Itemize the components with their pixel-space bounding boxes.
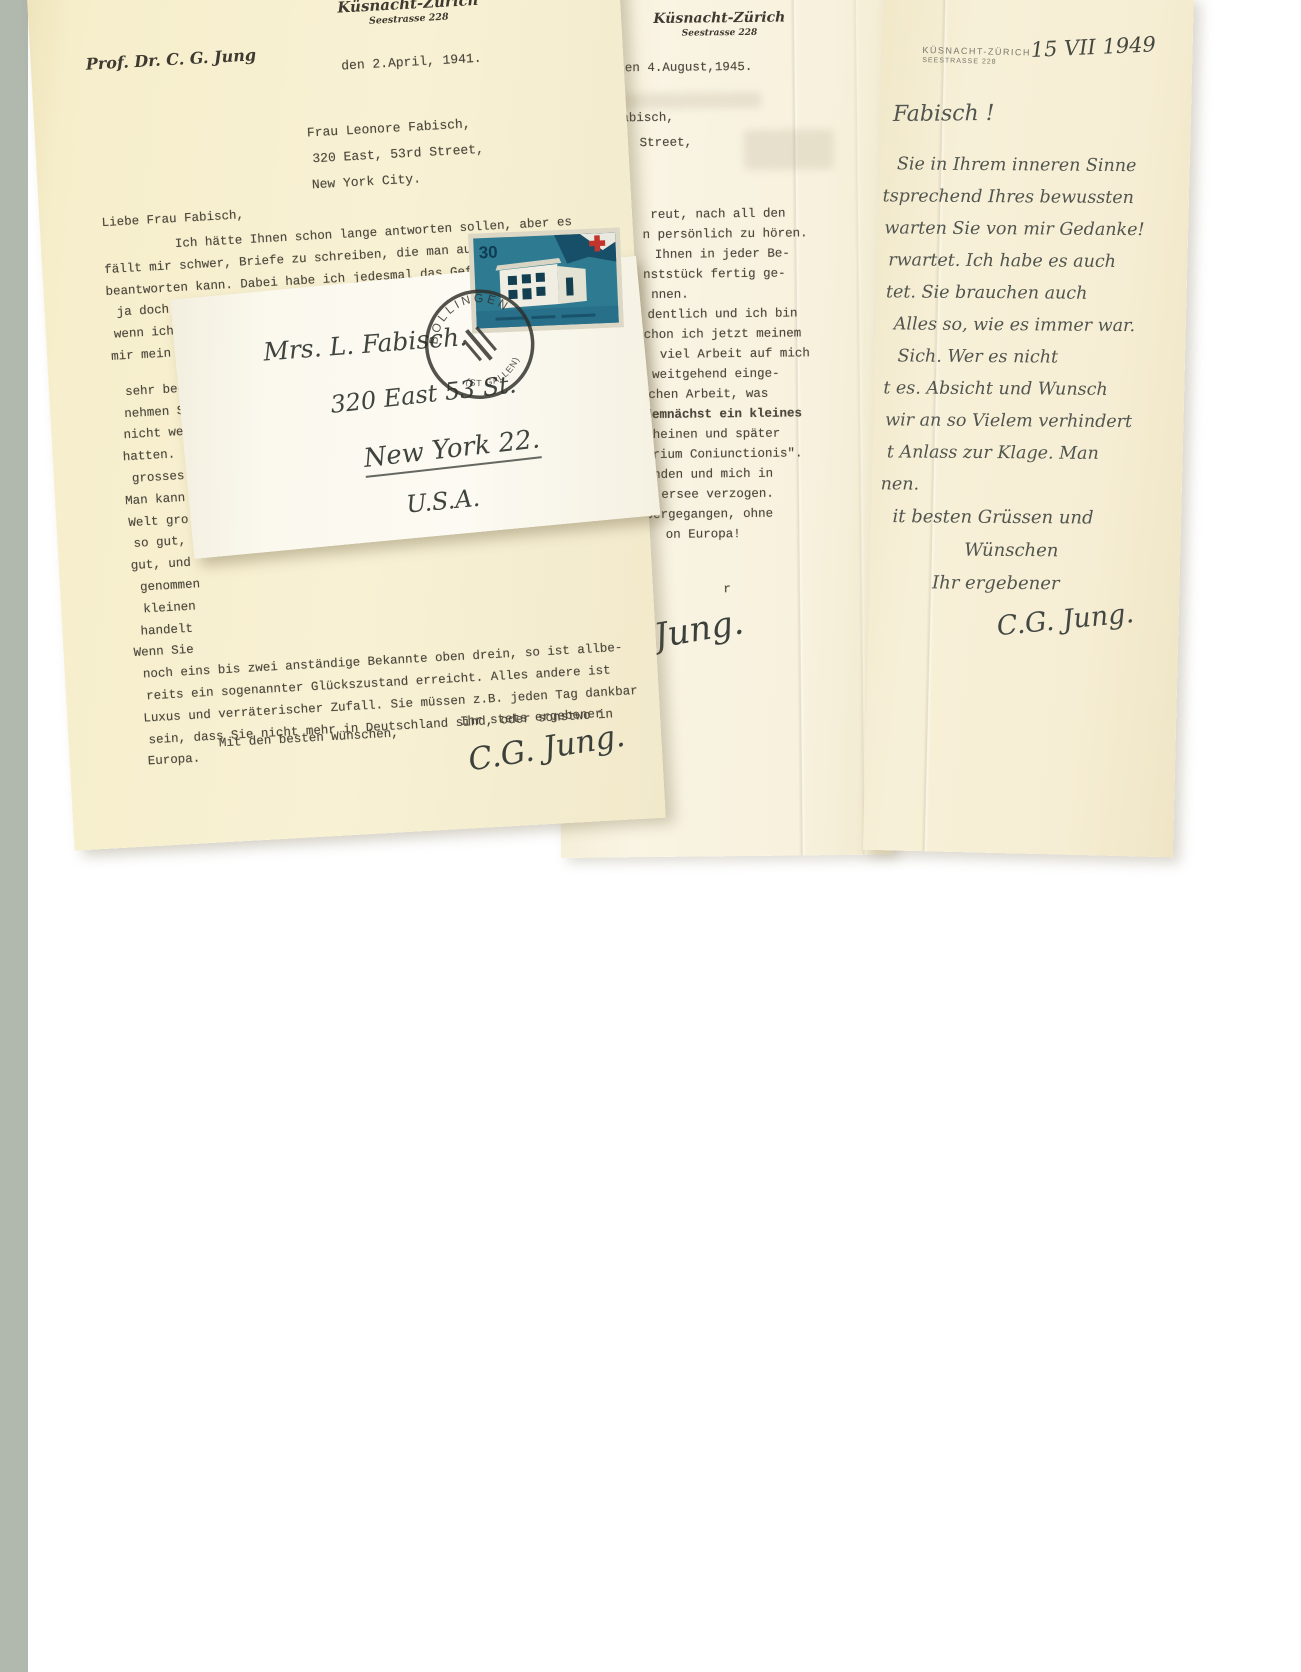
- letter-1949-page: KÜSNACHT-ZÜRICH SEESTRASSE 228 15 VII 19…: [863, 0, 1194, 857]
- letter-1945-date: en 4.August,1945.: [625, 60, 753, 75]
- handwritten-line: Wünschen: [964, 534, 1093, 568]
- typed-line: n persönlich zu hören.: [643, 223, 809, 245]
- handwritten-line: tsprechend Ihres bewussten: [883, 180, 1145, 214]
- scanned-letters-collage: Küsnacht-Zürich Seestrasse 228 en 4.Augu…: [0, 0, 1301, 1672]
- ink-bleed-smudge: [744, 129, 834, 170]
- address-fragment: Street,: [640, 136, 693, 151]
- envelope: Mrs. L. Fabisch. 320 East 53 St. New Yor…: [170, 256, 660, 559]
- letterhead-1945-line1: Küsnacht-Zürich: [644, 9, 794, 27]
- typed-line: weitgehend einge-: [652, 363, 810, 385]
- typed-line: nststück fertig ge-: [643, 263, 809, 285]
- typed-line: dentlich und ich bin: [647, 303, 809, 325]
- letter-1949-body: Sie in Ihrem inneren Sinne tsprechend Ih…: [881, 148, 1146, 502]
- typed-line: Ihnen in jeder Be-: [655, 243, 809, 265]
- closing-fragment: r: [723, 582, 731, 596]
- svg-text:(ST GALLEN): (ST GALLEN): [462, 352, 527, 397]
- typed-line: reut, nach all den: [650, 203, 808, 225]
- handwritten-line: warten Sie von mir Gedanke!: [884, 212, 1144, 246]
- handwritten-line: Sich. Wer es nicht: [897, 340, 1143, 374]
- typed-line: chon ich jetzt meinem: [644, 323, 810, 345]
- typed-line: nnen.: [651, 283, 809, 305]
- handwritten-line: nen.: [881, 468, 1143, 502]
- salutation-1949: Fabisch !: [893, 101, 995, 127]
- postmark-center-bars: [459, 323, 500, 366]
- postmark-town: BOLLINGEN: [414, 276, 516, 351]
- envelope-address-country: U.S.A.: [405, 484, 481, 519]
- handwritten-line: Ihr ergebener: [932, 566, 1093, 600]
- stamp-value: 30: [478, 243, 498, 263]
- envelope-address-city: New York 22.: [362, 424, 542, 478]
- letterhead-1945-line2: Seestrasse 228: [644, 27, 794, 39]
- signature-jung-1945: Jung.: [651, 602, 746, 656]
- typed-line: on Europa!: [666, 523, 812, 545]
- typed-line: heinen und später: [653, 423, 811, 445]
- typed-line: ersee verzogen.: [661, 483, 811, 505]
- letter-1949-closing: it besten Grüssen und Wünschen Ihr ergeb…: [892, 500, 1094, 600]
- handwritten-line: t Anlass zur Klage. Man: [887, 436, 1143, 470]
- letter-1945-body: reut, nach all den n persönlich zu hören…: [642, 203, 812, 545]
- handwritten-line: it besten Grüssen und: [892, 500, 1093, 534]
- sender-name: Prof. Dr. C. G. Jung: [85, 45, 256, 73]
- salutation-1941: Liebe Frau Fabisch,: [101, 208, 244, 230]
- typed-line: demnächst ein kleines: [644, 403, 810, 425]
- svg-text:BOLLINGEN: BOLLINGEN: [414, 276, 516, 351]
- handwritten-line: t es. Absicht und Wunsch: [883, 372, 1143, 406]
- typed-line: nden und mich in: [653, 463, 811, 485]
- letter-1941-date: den 2.April, 1941.: [341, 51, 482, 74]
- handwritten-line: Alles so, wie es immer war.: [894, 308, 1144, 342]
- address-fragment: abisch,: [621, 111, 674, 126]
- recipient-address: Frau Leonore Fabisch, 320 East, 53rd Str…: [306, 111, 486, 199]
- signature-cg-jung-1949: C.G. Jung.: [995, 598, 1135, 642]
- letterhead-1949-line1: KÜSNACHT-ZÜRICH: [922, 45, 1031, 58]
- handwritten-line: wir an so Vielem verhindert: [885, 404, 1143, 438]
- typed-line: viel Arbeit auf mich: [660, 343, 810, 365]
- handwritten-line: tet. Sie brauchen auch: [886, 276, 1144, 310]
- handwritten-line: rwartet. Ich habe es auch: [888, 244, 1144, 278]
- handwritten-date-1949: 15 VII 1949: [1030, 32, 1156, 62]
- typed-line: chen Arbeit, was: [648, 383, 810, 405]
- postmark-region: (ST GALLEN): [462, 352, 527, 397]
- letterhead-1949-line2: SEESTRASSE 228: [922, 57, 996, 66]
- typed-line: erium Coniunctionis".: [645, 443, 811, 465]
- left-accent-bar: [0, 0, 28, 1672]
- handwritten-line: Sie in Ihrem inneren Sinne: [897, 148, 1145, 182]
- typed-line: bergegangen, ohne: [645, 503, 811, 525]
- ink-bleed-smudge: [611, 92, 761, 110]
